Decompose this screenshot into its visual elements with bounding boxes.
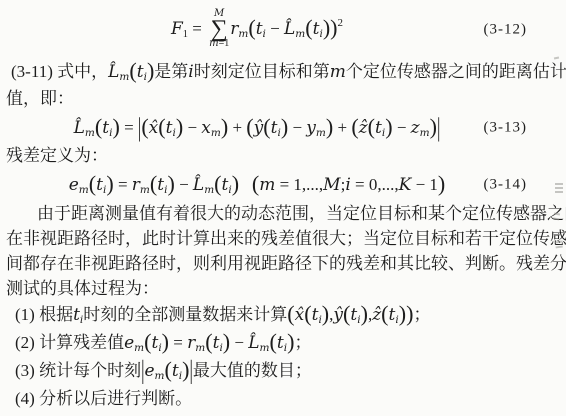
paragraph-line: 由于距离测量值有着很大的动态范围，当定位目标和某个定位传感器之间存 — [6, 201, 540, 226]
step-item-2: (2) 计算残差值em(ti) = rm(ti) − L̂m(ti)； — [6, 329, 540, 357]
equation-3-12: F1 = M∑m=1rm(ti − L̂m(ti))2 — [171, 10, 343, 50]
body-text-line-1: (3-11) 式中，L̂m(ti)是第i时刻定位目标和第m个定位传感器之间的距离… — [6, 58, 540, 85]
paragraph-line: 间都存在非视距路径时，则利用视距路径下的残差和其比较、判断。残差分析秩 — [6, 251, 540, 276]
equation-label-3-12: (3-12) — [484, 22, 528, 39]
equation-3-13: L̂m(ti) = |(x̂(ti) − xm) + (ŷ(ti) − ym) … — [74, 118, 441, 138]
procedure-step-list: (1) 根据ti时刻的全部测量数据来计算(x̂(ti),ŷ(ti),ẑ(ti))… — [6, 301, 540, 413]
equation-label-3-13: (3-13) — [484, 120, 528, 137]
equation-3-14: em(ti) = rm(ti) − L̂m(ti) (m = 1,...,M;i… — [69, 175, 446, 195]
step-item-1: (1) 根据ti时刻的全部测量数据来计算(x̂(ti),ŷ(ti),ẑ(ti))… — [6, 301, 540, 329]
scan-artifact-mark — [554, 57, 559, 60]
step-item-3: (3) 统计每个时刻|em(ti)|最大值的数目； — [6, 357, 540, 385]
step-item-4: (4) 分析以后进行判断。 — [6, 385, 540, 413]
equation-3-14-row: em(ti) = rm(ti) − L̂m(ti) (m = 1,...,M;i… — [6, 168, 540, 201]
equation-3-13-row: L̂m(ti) = |(x̂(ti) − xm) + (ŷ(ti) − ym) … — [6, 112, 540, 144]
paragraph-line: 在非视距路径时，此时计算出来的残差值很大；当定位目标和若干定位传感器之 — [6, 226, 540, 251]
document-page: F1 = M∑m=1rm(ti − L̂m(ti))2 (3-12) (3-11… — [0, 0, 566, 416]
paragraph-line: 测试的具体过程为： — [6, 276, 540, 301]
body-text-line-2: 值，即： — [6, 85, 540, 112]
residual-definition-line: 残差定义为： — [6, 144, 540, 168]
scan-artifact-mark — [555, 183, 563, 185]
equation-3-12-row: F1 = M∑m=1rm(ti − L̂m(ti))2 (3-12) — [6, 2, 540, 58]
equation-label-3-14: (3-14) — [484, 176, 528, 193]
body-paragraph: 由于距离测量值有着很大的动态范围，当定位目标和某个定位传感器之间存 在非视距路径… — [6, 201, 540, 301]
